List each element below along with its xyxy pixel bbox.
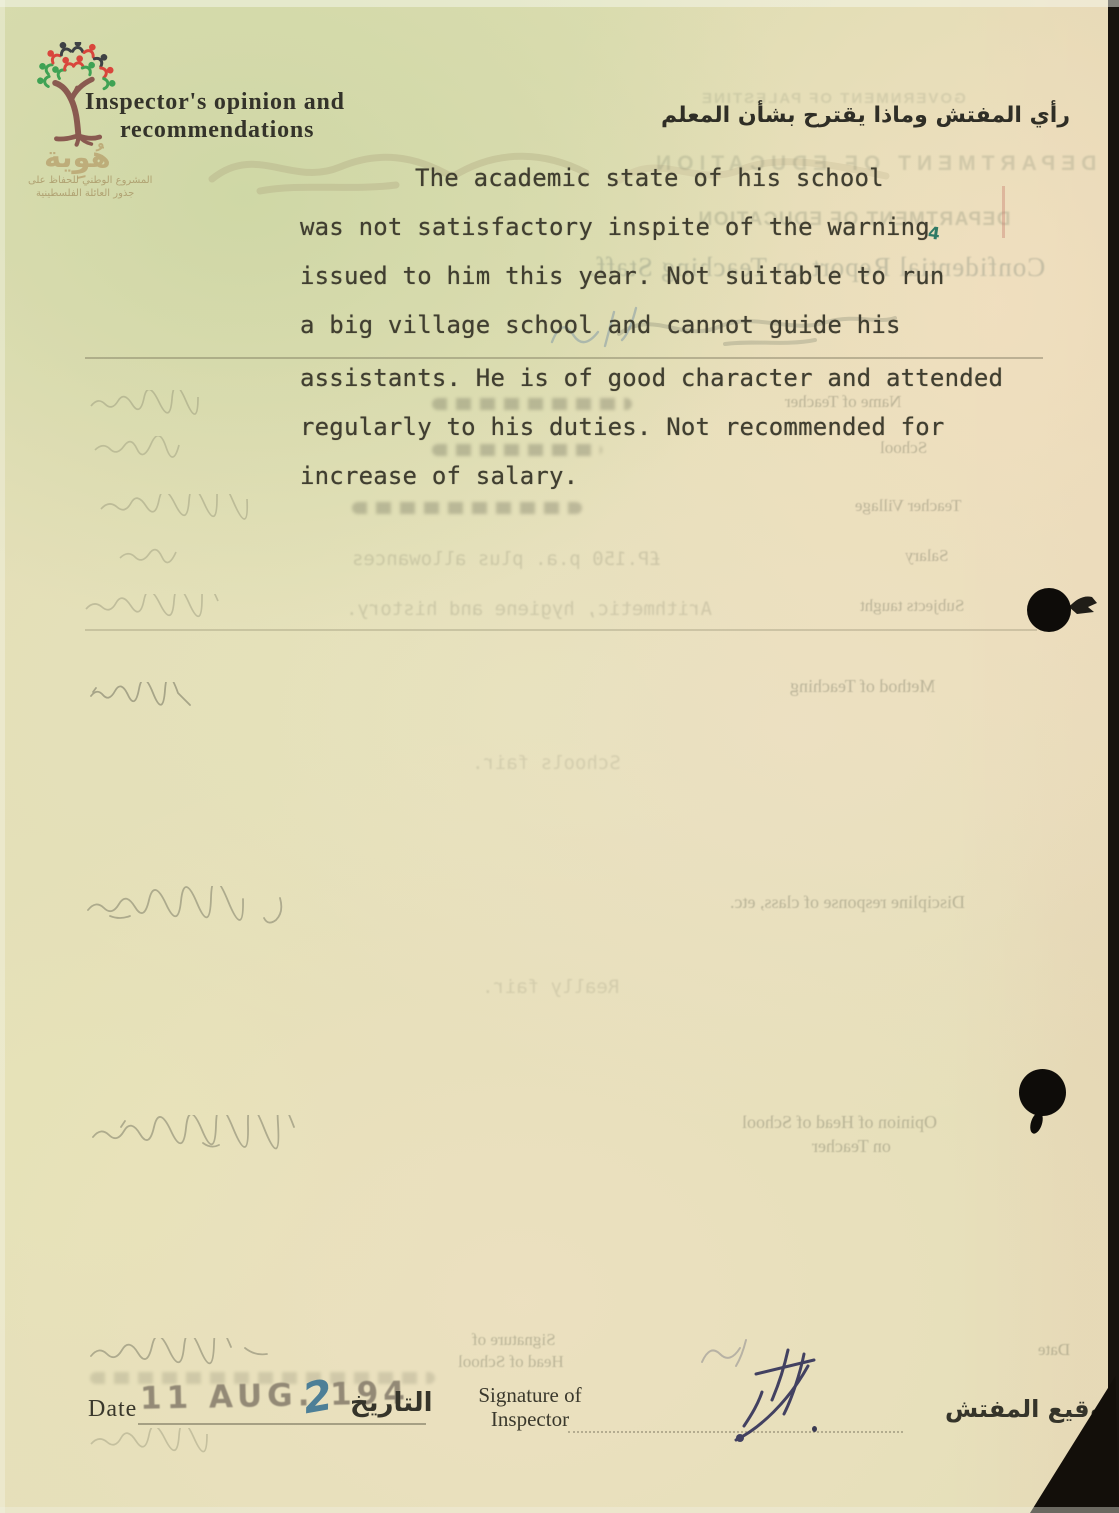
bleed-label-school: School <box>880 438 927 458</box>
inspector-signature <box>700 1342 830 1450</box>
scan-edge-right <box>1108 0 1119 1513</box>
heading-arabic: رأي المفتش وماذا يقترح بشأن المعلم <box>700 103 1070 128</box>
bleed-arabic-squiggle <box>95 494 295 520</box>
bleed-typed-smudge <box>352 502 582 514</box>
bleed-label-opinion-line2: on Teacher <box>812 1136 891 1157</box>
pencil-handwriting-bleed <box>80 886 295 928</box>
signature-label: Signature of Inspector <box>450 1383 610 1431</box>
scan-edge-bottom <box>0 1507 1119 1513</box>
typed-line: increase of salary. <box>300 462 578 490</box>
date-label-arabic: التاريخ <box>350 1388 433 1418</box>
bleed-label-date: Date <box>1038 1340 1070 1360</box>
ink-blot <box>1028 1111 1045 1135</box>
typed-line: assistants. He is of good character and … <box>300 364 1003 392</box>
bleed-typed-discipline-note: Really fair. <box>482 976 619 998</box>
scanned-document-page: GOVERNMENT OF PALESTINE DEPARTMENT OF ED… <box>0 0 1108 1513</box>
faint-rule <box>85 629 1037 631</box>
bleed-typed-method-note: Schools fair. <box>472 752 621 774</box>
watermark-subtitle-line1: المشروع الوطني للحفاظ على <box>28 175 152 186</box>
bleed-typed-smudge <box>432 444 602 456</box>
ink-dot <box>812 1426 817 1432</box>
watermark-word: هُوِية <box>44 140 111 174</box>
typed-line: The academic state of his school <box>415 164 884 192</box>
signature-label-arabic: توقيع المفتش <box>945 1395 1114 1423</box>
pencil-handwriting-bleed <box>85 1338 305 1372</box>
bleed-label-salary: Salary <box>905 546 948 566</box>
typed-line: regularly to his duties. Not recommended… <box>300 413 945 441</box>
bleed-label-method: Method of Teaching <box>790 676 935 697</box>
bleed-arabic-squiggle <box>80 594 255 620</box>
signature-label-line1: Signature of <box>450 1383 610 1407</box>
bleed-label-opinion-line1: Opinion of Head of School <box>742 1112 937 1133</box>
bleed-typed-smudge <box>432 398 632 410</box>
bleed-label-subjects: Subjects taught <box>860 596 964 616</box>
typed-line: a big village school and cannot guide hi… <box>300 311 901 339</box>
scan-edge-left <box>0 0 5 1513</box>
teal-margin-mark: 4 <box>927 223 942 244</box>
pencil-handwriting-bleed <box>85 682 220 714</box>
faint-rule <box>85 357 1043 359</box>
bleed-label-name: Name of Teacher <box>785 392 902 412</box>
bleed-label-signature-line2: Head of School <box>458 1352 564 1372</box>
bleed-arabic-squiggle <box>115 544 187 568</box>
typed-line: issued to him this year. Not suitable to… <box>300 262 945 290</box>
bleed-typed-salary: £P.150 p.a. plus allowances <box>352 548 661 570</box>
hole-punch <box>1019 1069 1066 1116</box>
bleed-red-rule <box>1002 186 1005 238</box>
date-label: Date <box>88 1396 137 1423</box>
bleed-label-discipline: Discipline response of class, etc. <box>730 892 965 913</box>
watermark-subtitle-line2: جذور العائلة الفلسطينية <box>36 188 134 199</box>
typed-line: was not satisfactory inspite of the warn… <box>300 213 930 241</box>
bleed-arabic-squiggle <box>85 1428 230 1456</box>
bleed-arabic-squiggle <box>85 390 217 416</box>
pencil-handwriting-bleed <box>85 1115 345 1157</box>
heading-english-line1: Inspector's opinion and <box>85 89 345 116</box>
scan-edge-top <box>0 0 1119 7</box>
date-underline <box>138 1423 426 1425</box>
bleed-label-signature-line1: Signature of <box>472 1330 556 1350</box>
hole-punch <box>1027 588 1071 632</box>
signature-label-line2: Inspector <box>450 1407 610 1431</box>
bleed-label-village: Teacher Village <box>855 496 962 516</box>
ink-blot <box>1066 588 1100 618</box>
bleed-typed-subjects: Arithmetic, hygiene and history. <box>346 598 712 620</box>
heading-english-line2: recommendations <box>120 117 314 144</box>
bleed-arabic-squiggle <box>90 436 200 460</box>
